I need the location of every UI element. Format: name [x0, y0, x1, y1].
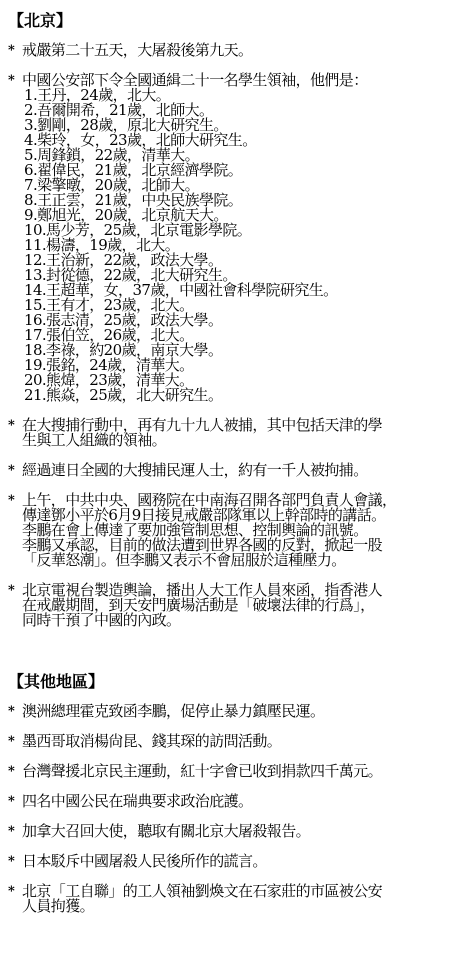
bullet-asterisk-icon: * — [8, 463, 22, 478]
news-item-text: 加拿大召回大使，聽取有關北京大屠殺報告。 — [22, 824, 465, 839]
news-item-text: 台灣聲援北京民主運動，紅十字會已收到捐款四千萬元。 — [22, 764, 465, 779]
news-item: *戒嚴第二十五天，大屠殺後第九天。 — [8, 43, 465, 58]
bullet-asterisk-icon: * — [8, 583, 22, 628]
section-gap — [8, 643, 465, 673]
news-item: *四名中國公民在瑞典要求政治庇護。 — [8, 794, 465, 809]
news-item-text: 在大搜捕行動中，再有九十九人被捕，其中包括天津的學生與工人組織的領袖。 — [22, 418, 465, 448]
news-item: *北京電視台製造輿論，播出人大工作人員來函，指香港人在戒嚴期間，到天安門廣場活動… — [8, 583, 465, 628]
bullet-asterisk-icon: * — [8, 854, 22, 869]
section-title-beijing: 【北京】 — [8, 12, 465, 29]
news-item-text: 澳洲總理霍克致函李鵬，促停止暴力鎮壓民運。 — [22, 704, 465, 719]
bullet-asterisk-icon: * — [8, 734, 22, 749]
beijing-items: *戒嚴第二十五天，大屠殺後第九天。*中國公安部下令全國通緝二十一名學生領袖，他們… — [8, 43, 465, 628]
news-item: *在大搜捕行動中，再有九十九人被捕，其中包括天津的學生與工人組織的領袖。 — [8, 418, 465, 448]
wanted-list: 1.王丹，24歲，北大。2.吾爾開希，21歲，北師大。3.劉剛，28歲，原北大研… — [22, 88, 459, 403]
news-item: *上午，中共中央、國務院在中南海召開各部門負責人會議，傳達鄧小平於6月9日接見戒… — [8, 493, 465, 568]
news-item: *經過連日全國的大搜捕民運人士，約有一千人被拘捕。 — [8, 463, 465, 478]
news-item-text: 經過連日全國的大搜捕民運人士，約有一千人被拘捕。 — [22, 463, 465, 478]
news-item-text: 日本駁斥中國屠殺人民後所作的謊言。 — [22, 854, 465, 869]
news-item: *北京「工自聯」的工人領袖劉煥文在石家莊的市區被公安人員拘獲。 — [8, 884, 465, 914]
bullet-asterisk-icon: * — [8, 824, 22, 839]
news-item-text: 四名中國公民在瑞典要求政治庇護。 — [22, 794, 465, 809]
news-item-text: 北京「工自聯」的工人領袖劉煥文在石家莊的市區被公安人員拘獲。 — [22, 884, 465, 914]
text-line: 同時干預了中國的內政。 — [22, 613, 459, 628]
bullet-asterisk-icon: * — [8, 418, 22, 448]
news-item-text: 中國公安部下令全國通緝二十一名學生領袖，他們是：1.王丹，24歲，北大。2.吾爾… — [22, 73, 465, 403]
bullet-asterisk-icon: * — [8, 884, 22, 914]
news-item: *中國公安部下令全國通緝二十一名學生領袖，他們是：1.王丹，24歲，北大。2.吾… — [8, 73, 465, 403]
news-item: *台灣聲援北京民主運動，紅十字會已收到捐款四千萬元。 — [8, 764, 465, 779]
bullet-asterisk-icon: * — [8, 764, 22, 779]
text-line: 墨西哥取消楊尙昆、錢其琛的訪問活動。 — [22, 734, 459, 749]
section-title-others: 【其他地區】 — [8, 673, 465, 690]
section-beijing: 【北京】 *戒嚴第二十五天，大屠殺後第九天。*中國公安部下令全國通緝二十一名學生… — [8, 12, 465, 628]
news-item-text: 戒嚴第二十五天，大屠殺後第九天。 — [22, 43, 465, 58]
bullet-asterisk-icon: * — [8, 794, 22, 809]
text-line: 生與工人組織的領袖。 — [22, 433, 459, 448]
text-line: 經過連日全國的大搜捕民運人士，約有一千人被拘捕。 — [22, 463, 459, 478]
text-line: 台灣聲援北京民主運動，紅十字會已收到捐款四千萬元。 — [22, 764, 459, 779]
news-item: *日本駁斥中國屠殺人民後所作的謊言。 — [8, 854, 465, 869]
text-line: 人員拘獲。 — [22, 899, 459, 914]
bullet-asterisk-icon: * — [8, 43, 22, 58]
news-item-text: 上午，中共中央、國務院在中南海召開各部門負責人會議，傳達鄧小平於6月9日接見戒嚴… — [22, 493, 465, 568]
news-item-text: 北京電視台製造輿論，播出人大工作人員來函，指香港人在戒嚴期間，到天安門廣場活動是… — [22, 583, 465, 628]
news-item: *墨西哥取消楊尙昆、錢其琛的訪問活動。 — [8, 734, 465, 749]
text-line: 加拿大召回大使，聽取有關北京大屠殺報告。 — [22, 824, 459, 839]
bullet-asterisk-icon: * — [8, 493, 22, 568]
news-item: *加拿大召回大使，聽取有關北京大屠殺報告。 — [8, 824, 465, 839]
news-item-text: 墨西哥取消楊尙昆、錢其琛的訪問活動。 — [22, 734, 465, 749]
text-line: 「反華怒潮」。但李鵬又表示不會屈服於這種壓力。 — [22, 553, 459, 568]
text-line: 戒嚴第二十五天，大屠殺後第九天。 — [22, 43, 459, 58]
text-line: 四名中國公民在瑞典要求政治庇護。 — [22, 794, 459, 809]
text-line: 日本駁斥中國屠殺人民後所作的謊言。 — [22, 854, 459, 869]
text-line: 澳洲總理霍克致函李鵬，促停止暴力鎮壓民運。 — [22, 704, 459, 719]
others-items: *澳洲總理霍克致函李鵬，促停止暴力鎮壓民運。*墨西哥取消楊尙昆、錢其琛的訪問活動… — [8, 704, 465, 914]
bullet-asterisk-icon: * — [8, 704, 22, 719]
news-page: 【北京】 *戒嚴第二十五天，大屠殺後第九天。*中國公安部下令全國通緝二十一名學生… — [0, 0, 465, 914]
news-item: *澳洲總理霍克致函李鵬，促停止暴力鎮壓民運。 — [8, 704, 465, 719]
wanted-list-item: 21.熊焱，25歲，北大研究生。 — [22, 388, 459, 403]
section-others: 【其他地區】 *澳洲總理霍克致函李鵬，促停止暴力鎮壓民運。*墨西哥取消楊尙昆、錢… — [8, 673, 465, 914]
bullet-asterisk-icon: * — [8, 73, 22, 403]
